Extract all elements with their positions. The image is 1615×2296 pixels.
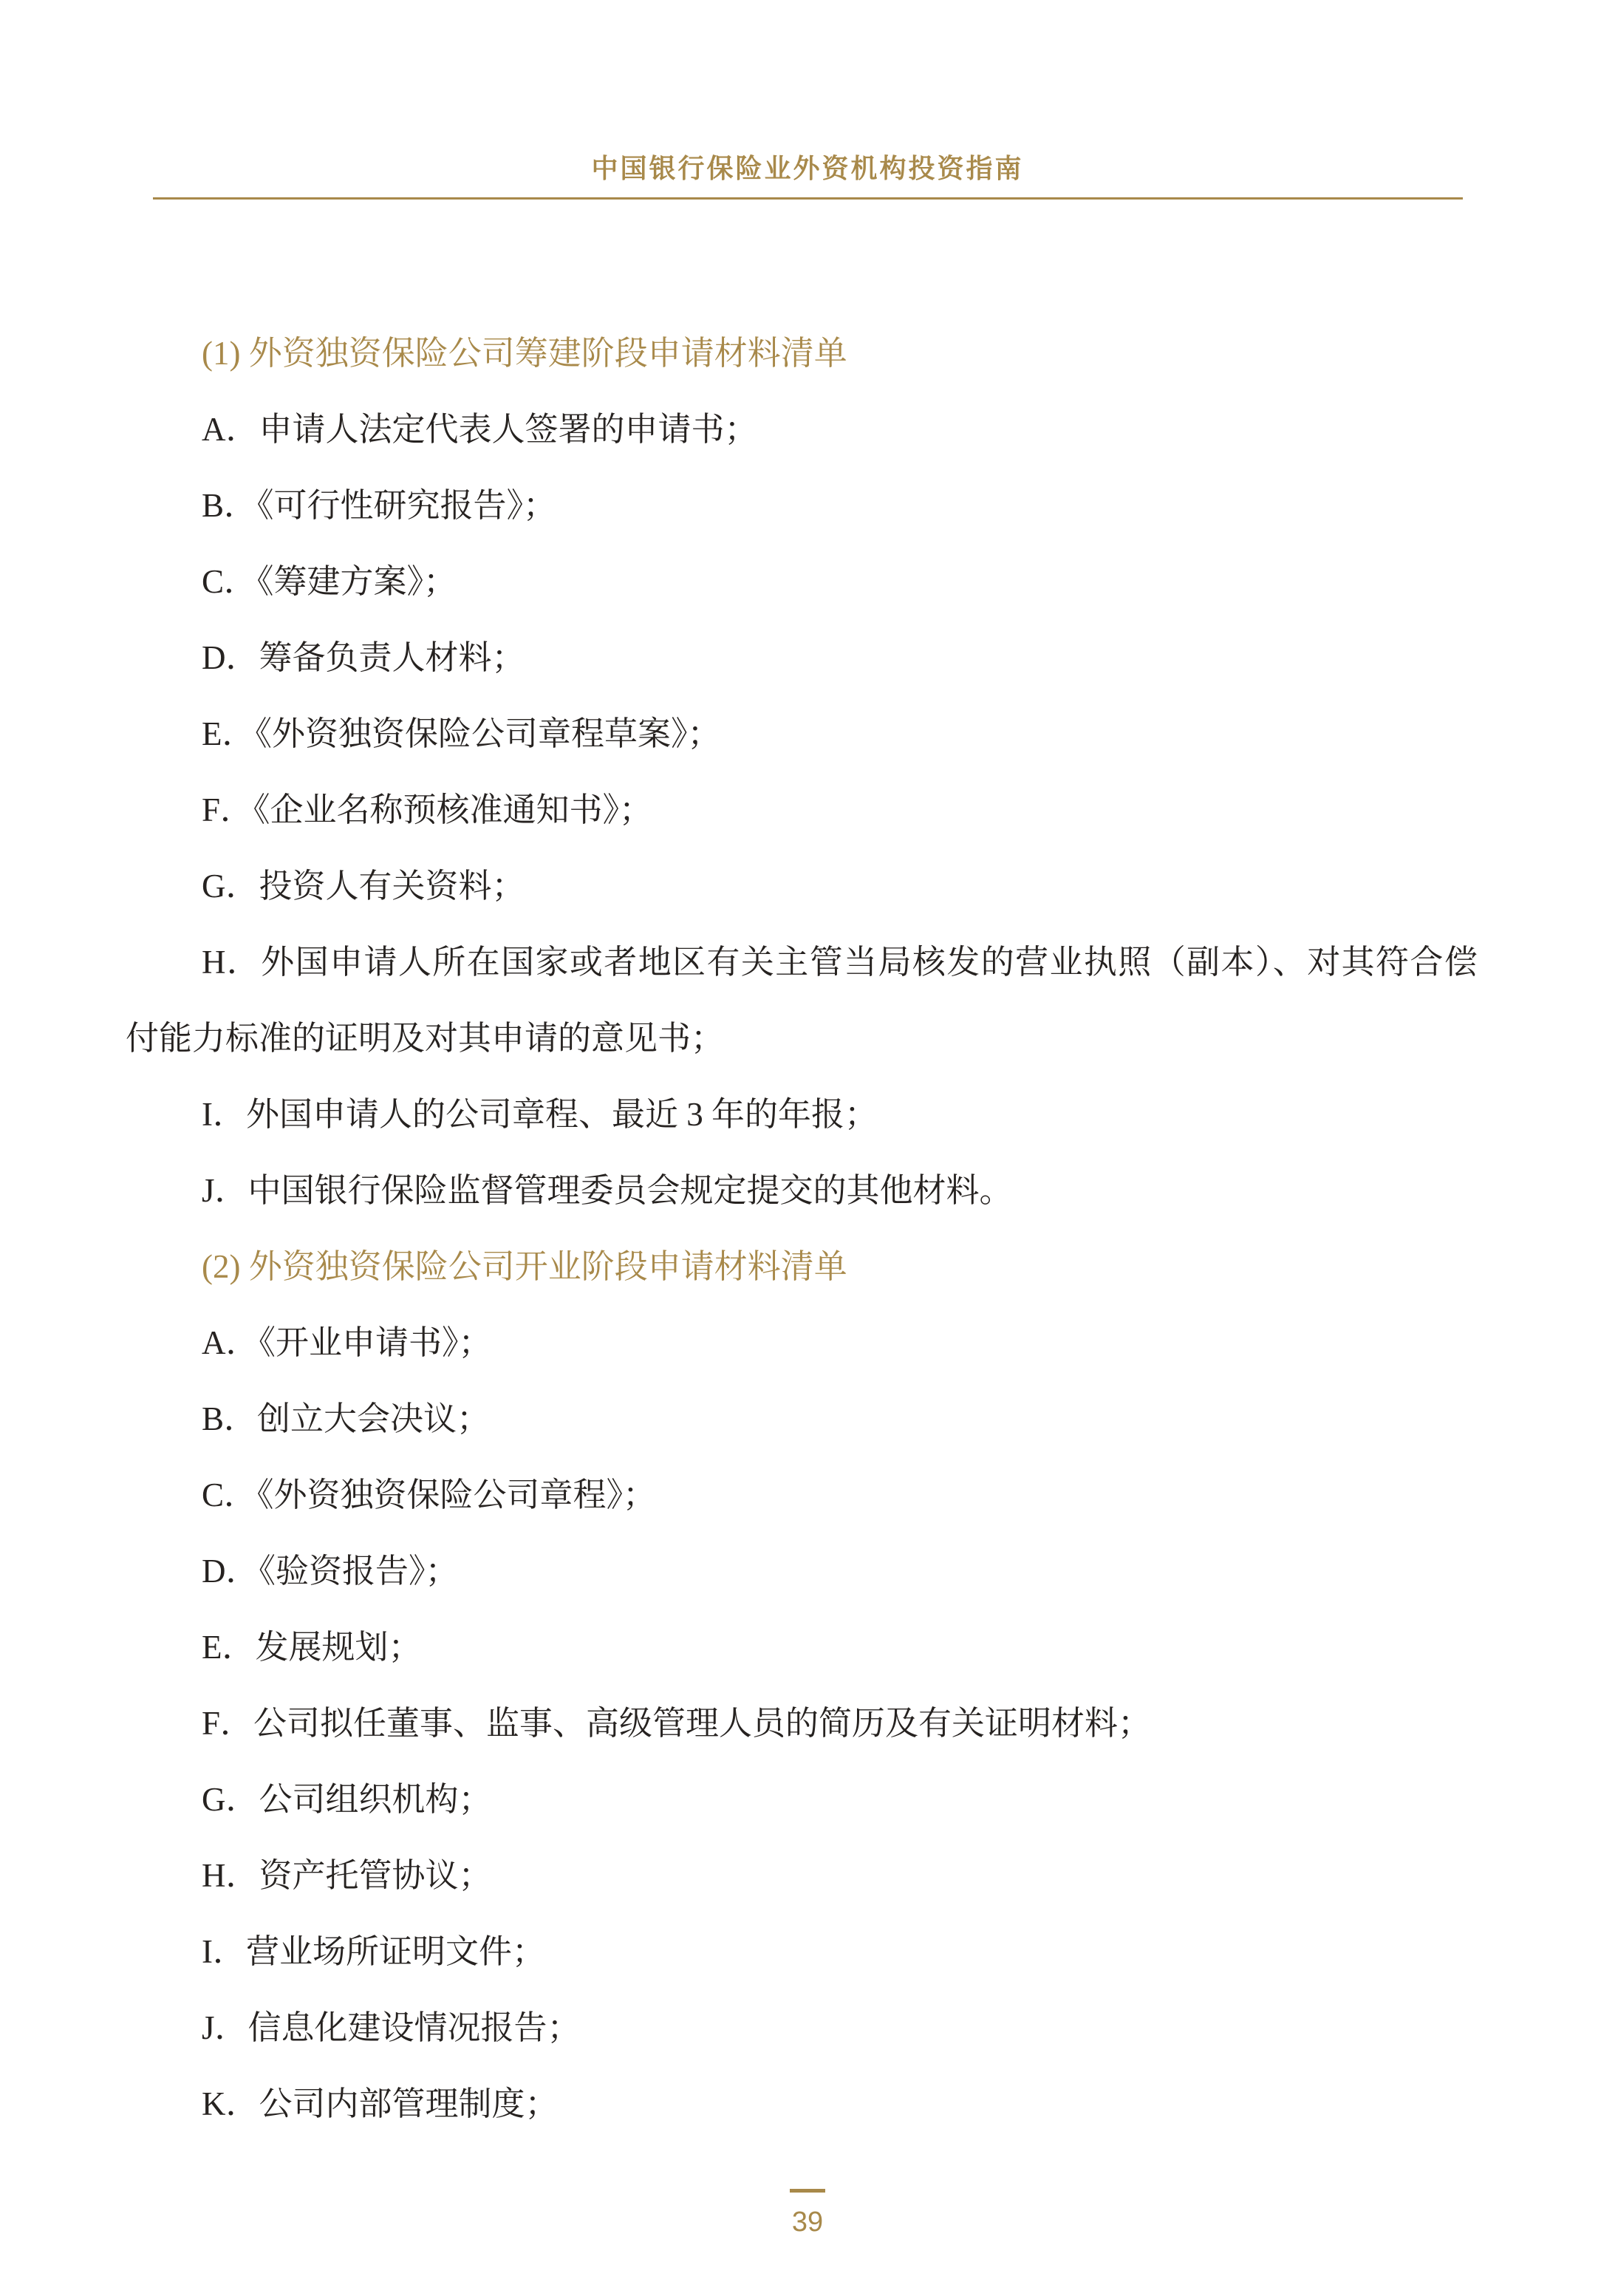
- list-item: I．外国申请人的公司章程、最近 3 年的年报；: [126, 1077, 1504, 1153]
- list-item: A．《开业申请书》；: [126, 1305, 1504, 1381]
- list-item: J．中国银行保险监督管理委员会规定提交的其他材料。: [126, 1153, 1504, 1229]
- list-item-continuation: 付能力标准的证明及对其申请的意见书；: [126, 1001, 1504, 1077]
- list-item: C．《筹建方案》；: [126, 544, 1504, 620]
- list-item: G．公司组织机构；: [126, 1762, 1504, 1838]
- list-item: K．公司内部管理制度；: [126, 2066, 1504, 2142]
- header-rule: [153, 197, 1463, 200]
- list-item: H．外国申请人所在国家或者地区有关主管当局核发的营业执照（副本）、对其符合偿: [126, 924, 1504, 1001]
- list-item: I．营业场所证明文件；: [126, 1914, 1504, 1990]
- footer-dash: [790, 2189, 825, 2193]
- list-item: D．《验资报告》；: [126, 1533, 1504, 1609]
- list-item: D．筹备负责人材料；: [126, 620, 1504, 696]
- document-body: (1) 外资独资保险公司筹建阶段申请材料清单A．申请人法定代表人签署的申请书；B…: [126, 316, 1504, 2142]
- list-item: G．投资人有关资料；: [126, 848, 1504, 924]
- section-heading: (2) 外资独资保险公司开业阶段申请材料清单: [126, 1229, 1504, 1305]
- header-title: 中国银行保险业外资机构投资指南: [0, 155, 1615, 182]
- list-item: C．《外资独资保险公司章程》；: [126, 1457, 1504, 1533]
- list-item: F．《企业名称预核准通知书》；: [126, 772, 1504, 848]
- list-item: H．资产托管协议；: [126, 1838, 1504, 1914]
- list-item: F．公司拟任董事、监事、高级管理人员的简历及有关证明材料；: [126, 1686, 1504, 1762]
- list-item: B．《可行性研究报告》；: [126, 468, 1504, 544]
- list-item: A．申请人法定代表人签署的申请书；: [126, 392, 1504, 468]
- page-number: 39: [0, 2208, 1615, 2236]
- list-item: E．发展规划；: [126, 1609, 1504, 1686]
- list-item: E．《外资独资保险公司章程草案》；: [126, 696, 1504, 772]
- list-item: J．信息化建设情况报告；: [126, 1990, 1504, 2066]
- list-item: B．创立大会决议；: [126, 1381, 1504, 1457]
- document-page: 中国银行保险业外资机构投资指南 (1) 外资独资保险公司筹建阶段申请材料清单A．…: [0, 0, 1615, 2296]
- section-heading: (1) 外资独资保险公司筹建阶段申请材料清单: [126, 316, 1504, 392]
